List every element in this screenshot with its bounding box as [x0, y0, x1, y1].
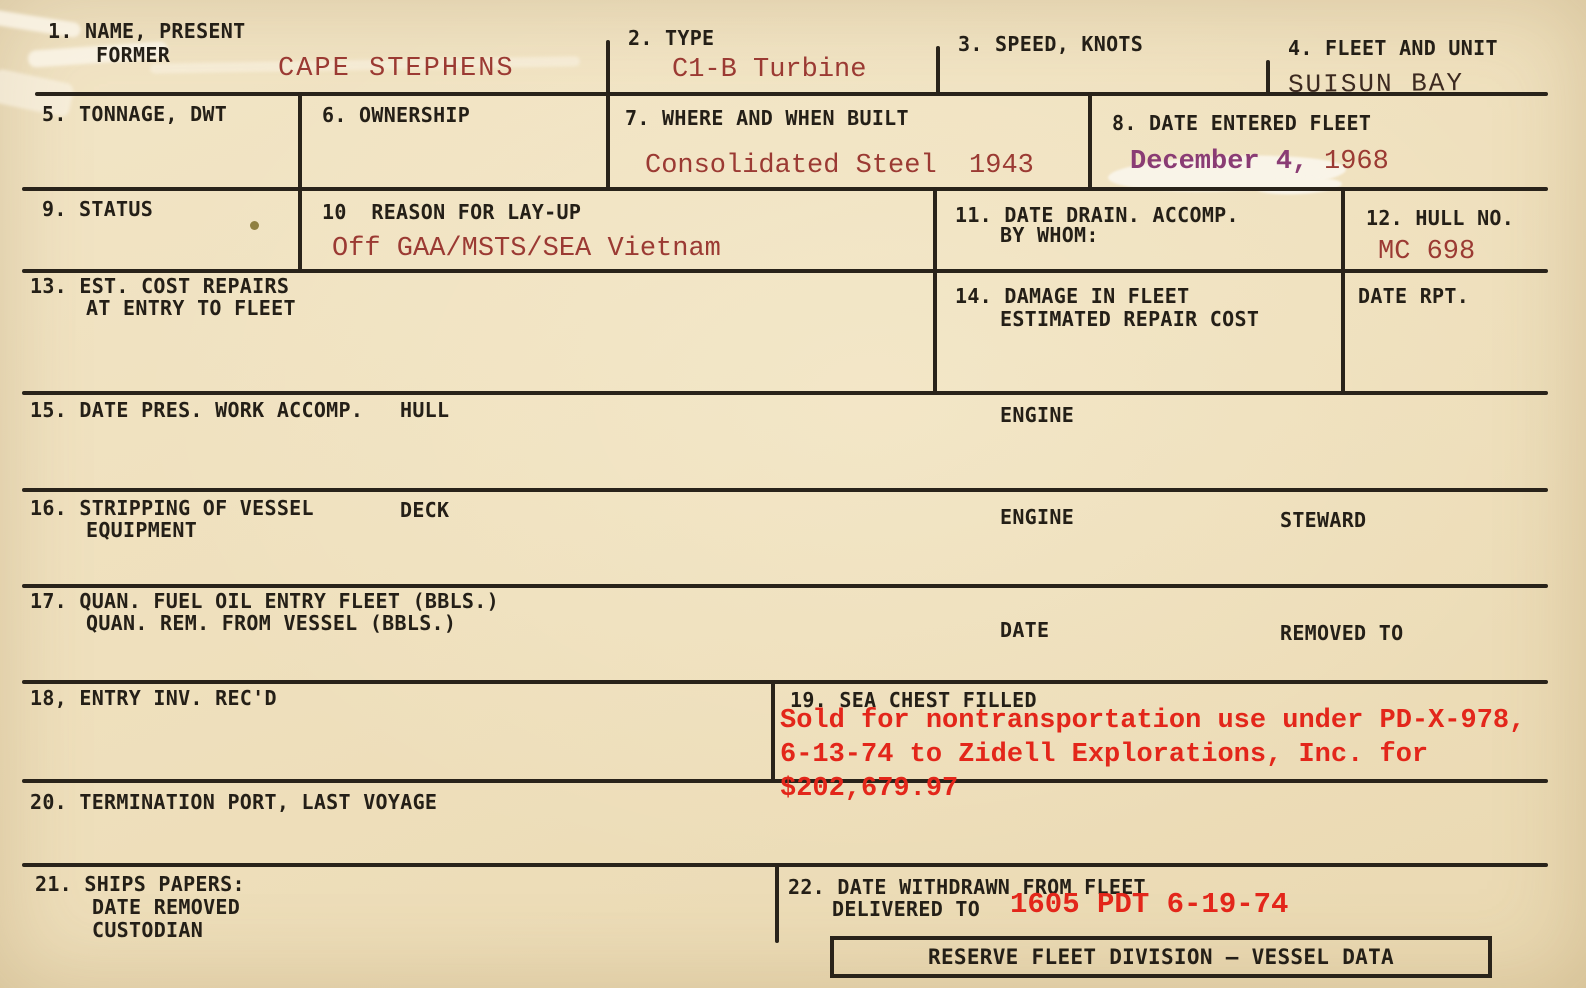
- divider-field21-field22: [775, 863, 779, 943]
- field17-sub-date: DATE: [1000, 619, 1049, 642]
- field16-sub-deck: DECK: [400, 499, 449, 522]
- footer-title-box: RESERVE FLEET DIVISION – VESSEL DATA: [830, 936, 1492, 978]
- field21-label-date-removed: DATE REMOVED: [92, 896, 240, 919]
- field4-value-fleet: SUISUN BAY: [1288, 69, 1464, 99]
- field15-label: 15. DATE PRES. WORK ACCOMP.: [30, 399, 363, 422]
- field14-label: 14. DAMAGE IN FLEET: [955, 285, 1189, 308]
- vessel-data-card: 1. NAME, PRESENT FORMER CAPE STEPHENS 2.…: [0, 0, 1586, 988]
- field13-label: 13. EST. COST REPAIRS: [30, 275, 289, 298]
- field19-value-line3: $202,679.97: [780, 775, 958, 805]
- field10-label: 10 REASON FOR LAY-UP: [322, 201, 581, 224]
- field17-label-line2: QUAN. REM. FROM VESSEL (BBLS.): [86, 612, 456, 635]
- field16-label: 16. STRIPPING OF VESSEL: [30, 497, 314, 520]
- field4-label: 4. FLEET AND UNIT: [1288, 37, 1498, 60]
- divider-field1-field2: [606, 40, 610, 94]
- paper-stain-dot: [250, 221, 259, 230]
- divider-field11-field12: [1341, 187, 1345, 393]
- field19-value-line1: Sold for nontransportation use under PD-…: [780, 707, 1525, 737]
- field7-label: 7. WHERE AND WHEN BUILT: [625, 107, 909, 130]
- rule-below-row3: [22, 269, 1548, 273]
- field15-sub-engine: ENGINE: [1000, 404, 1074, 427]
- field6-label: 6. OWNERSHIP: [322, 104, 470, 127]
- field10-value-reason: Off GAA/MSTS/SEA Vietnam: [332, 235, 721, 265]
- field14-label-line2: ESTIMATED REPAIR COST: [1000, 308, 1259, 331]
- rule-below-row15: [22, 488, 1548, 492]
- rule-below-row17: [22, 680, 1548, 684]
- field21-label: 21. SHIPS PAPERS:: [35, 873, 245, 896]
- field13-label-line2: AT ENTRY TO FLEET: [86, 297, 296, 320]
- field3-label: 3. SPEED, KNOTS: [958, 33, 1143, 56]
- field11-label-by-whom: BY WHOM:: [1000, 224, 1099, 247]
- footer-title: RESERVE FLEET DIVISION – VESSEL DATA: [928, 945, 1394, 969]
- divider-field6-field7: [606, 92, 610, 189]
- field12-label: 12. HULL NO.: [1366, 207, 1514, 230]
- field12-value-hull-no: MC 698: [1378, 238, 1475, 268]
- rule-below-row20: [22, 863, 1548, 867]
- field17-sub-removed-to: REMOVED TO: [1280, 622, 1403, 645]
- field17-label: 17. QUAN. FUEL OIL ENTRY FLEET (BBLS.): [30, 590, 499, 613]
- field14-label-date-rpt: DATE RPT.: [1358, 285, 1469, 308]
- divider-field18-field19: [771, 680, 775, 781]
- field1-label-former: FORMER: [96, 44, 170, 67]
- field21-label-custodian: CUSTODIAN: [92, 919, 203, 942]
- field15-sub-hull: HULL: [400, 399, 449, 422]
- field8-label: 8. DATE ENTERED FLEET: [1112, 112, 1371, 135]
- field22-value-withdrawn-date: 1605 PDT 6-19-74: [1010, 889, 1288, 921]
- divider-field2-field3: [936, 46, 940, 94]
- divider-field9-field10: [298, 187, 302, 271]
- field20-label: 20. TERMINATION PORT, LAST VOYAGE: [30, 791, 437, 814]
- divider-field7-field8: [1088, 92, 1092, 189]
- field19-value-line2: 6-13-74 to Zidell Explorations, Inc. for: [780, 741, 1428, 771]
- field9-label: 9. STATUS: [42, 198, 153, 221]
- divider-field5-field6: [298, 92, 302, 189]
- field16-sub-steward: STEWARD: [1280, 509, 1366, 532]
- field22-label-delivered-to: DELIVERED TO: [832, 898, 980, 921]
- field8-value-date-month: December 4,: [1130, 148, 1324, 178]
- field1-label: 1. NAME, PRESENT: [48, 20, 245, 43]
- field16-label-line2: EQUIPMENT: [86, 519, 197, 542]
- field18-label: 18, ENTRY INV. REC'D: [30, 687, 277, 710]
- field16-sub-engine: ENGINE: [1000, 506, 1074, 529]
- divider-field3-field4: [1266, 60, 1270, 94]
- field8-value-date-year: 1968: [1324, 148, 1389, 178]
- rule-below-row2: [22, 187, 1548, 191]
- field5-label: 5. TONNAGE, DWT: [42, 103, 227, 126]
- field2-value-type: C1-B Turbine: [672, 56, 866, 86]
- rule-below-row4: [22, 391, 1548, 395]
- field7-value-built: Consolidated Steel 1943: [645, 152, 1034, 182]
- rule-below-row16: [22, 584, 1548, 588]
- divider-field10-field11: [933, 187, 937, 393]
- field2-label: 2. TYPE: [628, 27, 714, 50]
- field1-value-ship-name: CAPE STEPHENS: [278, 55, 515, 85]
